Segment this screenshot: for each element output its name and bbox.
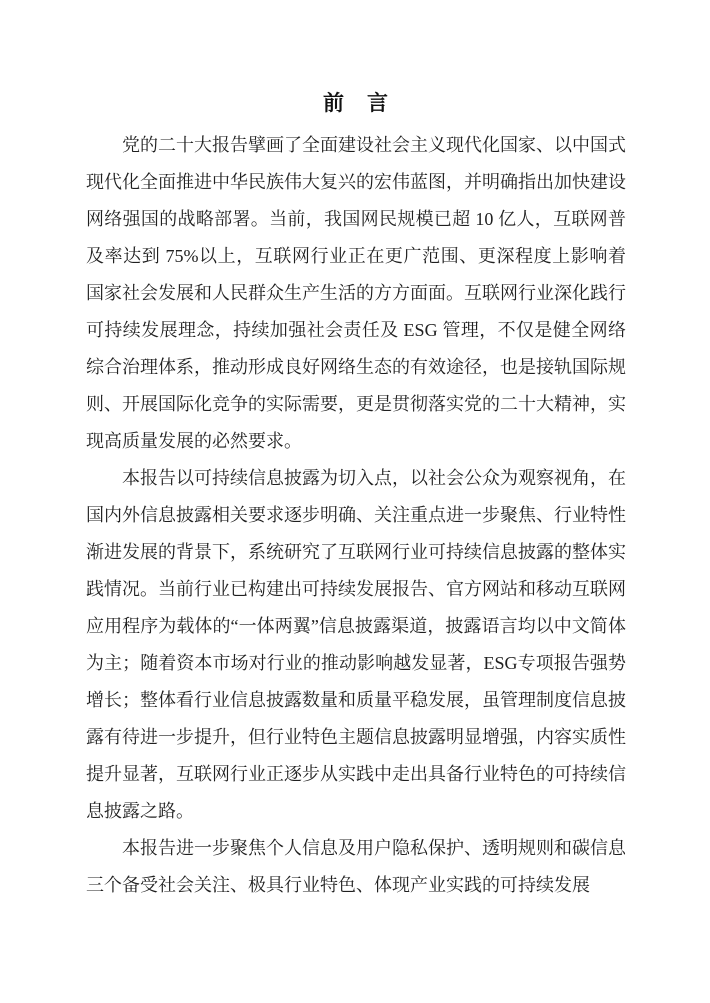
document-page: 前 言 党的二十大报告擘画了全面建设社会主义现代化国家、以中国式现代化全面推进中… <box>0 0 710 1003</box>
paragraph-3: 本报告进一步聚焦个人信息及用户隐私保护、透明规则和碳信息三个备受社会关注、极具行… <box>86 830 626 904</box>
paragraph-2: 本报告以可持续信息披露为切入点，以社会公众为观察视角，在国内外信息披露相关要求逐… <box>86 460 626 830</box>
paragraph-1: 党的二十大报告擘画了全面建设社会主义现代化国家、以中国式现代化全面推进中华民族伟… <box>86 127 626 460</box>
page-title: 前 言 <box>86 91 626 116</box>
